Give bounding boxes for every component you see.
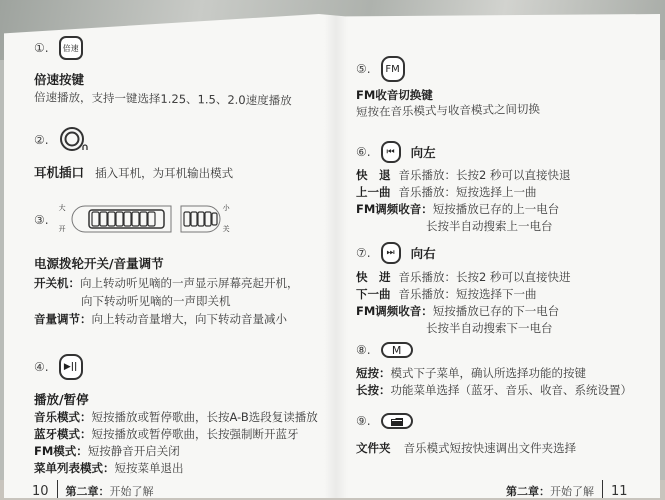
power-wheel-title: 电源拨轮开关/音量调节 <box>34 254 164 272</box>
m-short-press-row: 短按：模式下子菜单，确认所选择功能的按键 <box>356 365 586 381</box>
power-onoff-row: 开关机：向上转动听见嘀的一声显示屏幕亮起开机， <box>34 275 299 291</box>
item-number: ①. <box>34 41 49 55</box>
m-short-press-label: 短按： <box>356 366 391 380</box>
folder-button-icon <box>381 413 413 429</box>
item-7-header: ⑦. ⏭ 向右 <box>356 242 436 264</box>
m-long-press-text: 功能菜单选择（蓝牙、音乐、收音、系统设置） <box>391 383 633 397</box>
fm-mode-row: FM模式：短按静音开启关闭 <box>34 443 180 459</box>
next-track-label: 下一曲 <box>356 287 391 301</box>
fm-previous-row: FM调频收音：短按播放已存的上一电台 <box>356 201 559 217</box>
fm-mode-label: FM模式： <box>34 444 88 458</box>
left-page: ①. 倍速 倍速按键 倍速播放，支持一键选择1.25、1.5、2.0速度播放 ②… <box>4 14 334 498</box>
speed-button-icon: 倍速 <box>59 36 83 60</box>
menu-list-mode-label: 菜单列表模式： <box>34 461 115 475</box>
fm-switch-desc: 短按在音乐模式与收音模式之间切换 <box>356 101 540 120</box>
chapter-title: 开始了解 <box>550 483 594 499</box>
footer-divider <box>57 480 58 500</box>
item-number: ②. <box>34 133 49 147</box>
fm-next-long-text: 长按半自动搜索下一电台 <box>426 321 553 335</box>
next-button-icon: ⏭ <box>381 242 401 264</box>
play-pause-button-icon: ▶|| <box>59 354 83 380</box>
item-number: ⑨. <box>356 414 371 428</box>
previous-track-text: 音乐播放：短按选择上一曲 <box>399 185 537 199</box>
next-track-row: 下一曲音乐播放：短按选择下一曲 <box>356 286 537 302</box>
play-pause-glyph: ▶|| <box>64 362 78 372</box>
next-track-text: 音乐播放：短按选择下一曲 <box>399 287 537 301</box>
item-number: ⑦. <box>356 246 371 260</box>
fm-previous-label: FM调频收音： <box>356 202 433 216</box>
previous-glyph: ⏮ <box>387 147 395 157</box>
left-page-footer: 10 第二章： 开始了解 <box>32 480 154 500</box>
volume-text: 向上转动音量增大，向下转动音量减小 <box>92 312 288 326</box>
wheel-label-on: 开 <box>59 224 66 234</box>
item-2-header: ②. <box>34 126 89 154</box>
item-4-header: ④. ▶|| <box>34 354 83 380</box>
rewind-label: 快 退 <box>356 168 391 182</box>
play-pause-title: 播放/暂停 <box>34 390 89 408</box>
fm-previous-long-text: 长按半自动搜索上一电台 <box>426 219 553 233</box>
next-title: 向右 <box>411 244 436 262</box>
item-number: ⑥. <box>356 145 371 159</box>
m-long-press-row: 长按：功能菜单选择（蓝牙、音乐、收音、系统设置） <box>356 382 632 398</box>
item-6-header: ⑥. ⏮ 向左 <box>356 141 436 163</box>
page-number: 11 <box>611 484 628 499</box>
previous-track-row: 上一曲音乐播放：短按选择上一曲 <box>356 184 537 200</box>
headphone-jack-row: 耳机插口 插入耳机，为耳机输出模式 <box>34 162 233 181</box>
power-volume-wheel-icon: 大 开 <box>59 204 229 236</box>
folder-title: 文件夹 <box>356 441 391 455</box>
item-1-header: ①. 倍速 <box>34 36 83 60</box>
fm-next-long-row: 长按半自动搜索下一电台 <box>426 320 553 336</box>
bluetooth-mode-text: 短按播放或暂停歌曲，长按强制断开蓝牙 <box>92 427 299 441</box>
power-onoff-text: 向上转动听见嘀的一声显示屏幕亮起开机， <box>80 276 299 290</box>
folder-row: 文件夹 音乐模式短按快速调出文件夹选择 <box>356 437 576 456</box>
item-9-header: ⑨. <box>356 413 413 429</box>
item-number: ④. <box>34 360 49 374</box>
music-mode-row: 音乐模式：短按播放或暂停歌曲，长按A-B选段复读播放 <box>34 409 318 425</box>
chapter-label: 第二章： <box>506 483 550 499</box>
speed-button-desc: 倍速播放，支持一键选择1.25、1.5、2.0速度播放 <box>34 89 292 109</box>
wheel-label-big: 大 <box>59 203 66 213</box>
headphone-jack-title: 耳机插口 <box>34 165 84 180</box>
item-3-header: ③. 大 开 <box>34 204 229 236</box>
fast-forward-row: 快 进音乐播放：长按2 秒可以直接快进 <box>356 269 570 285</box>
chapter-title: 开始了解 <box>110 483 154 499</box>
fm-previous-long-row: 长按半自动搜索上一电台 <box>426 218 553 234</box>
item-number: ⑧. <box>356 343 371 357</box>
fast-forward-text: 音乐播放：长按2 秒可以直接快进 <box>399 270 571 284</box>
manual-spread: ①. 倍速 倍速按键 倍速播放，支持一键选择1.25、1.5、2.0速度播放 ②… <box>4 14 660 498</box>
right-page-footer: 第二章： 开始了解 11 <box>506 480 628 500</box>
headphone-jack-desc: 插入耳机，为耳机输出模式 <box>95 166 233 180</box>
previous-track-label: 上一曲 <box>356 185 391 199</box>
music-mode-text: 短按播放或暂停歌曲，长按A-B选段复读播放 <box>92 410 318 424</box>
power-onoff-label: 开关机： <box>34 276 80 290</box>
item-5-header: ⑤. FM <box>356 56 405 82</box>
next-glyph: ⏭ <box>387 248 395 258</box>
headphone-jack-icon <box>59 126 89 154</box>
power-off-text: 向下转动听见嘀的一声即关机 <box>81 294 231 308</box>
bluetooth-mode-label: 蓝牙模式： <box>34 427 92 441</box>
previous-title: 向左 <box>411 143 436 161</box>
wheel-label-small: 小 <box>223 203 230 213</box>
music-mode-label: 音乐模式： <box>34 410 92 424</box>
bluetooth-mode-row: 蓝牙模式：短按播放或暂停歌曲，长按强制断开蓝牙 <box>34 426 299 442</box>
footer-divider <box>602 480 603 500</box>
item-8-header: ⑧. M <box>356 342 413 358</box>
wheel-label-off: 关 <box>223 224 230 234</box>
rewind-text: 音乐播放：长按2 秒可以直接快退 <box>399 168 571 182</box>
fm-next-row: FM调频收音：短按播放已存的下一电台 <box>356 303 559 319</box>
fm-previous-text: 短按播放已存的上一电台 <box>433 202 560 216</box>
chapter-label: 第二章： <box>66 483 110 499</box>
fm-next-text: 短按播放已存的下一电台 <box>433 304 560 318</box>
item-number: ③. <box>34 213 49 227</box>
fast-forward-label: 快 进 <box>356 270 391 284</box>
speed-button-label: 倍速 <box>63 43 79 54</box>
folder-desc: 音乐模式短按快速调出文件夹选择 <box>404 441 577 455</box>
volume-row: 音量调节：向上转动音量增大，向下转动音量减小 <box>34 311 287 327</box>
right-page: ⑤. FM FM收音切换键 短按在音乐模式与收音模式之间切换 ⑥. ⏮ 向左 快… <box>334 14 660 498</box>
menu-list-mode-text: 短按菜单退出 <box>115 461 184 475</box>
fm-button-label: FM <box>385 64 399 75</box>
menu-m-label: M <box>392 344 402 357</box>
m-short-press-text: 模式下子菜单，确认所选择功能的按键 <box>391 366 587 380</box>
speed-button-title: 倍速按键 <box>34 70 84 88</box>
rewind-row: 快 退音乐播放：长按2 秒可以直接快退 <box>356 167 570 183</box>
power-off-row: 向下转动听见嘀的一声即关机 <box>81 293 231 309</box>
m-long-press-label: 长按： <box>356 383 391 397</box>
previous-button-icon: ⏮ <box>381 141 401 163</box>
fm-mode-text: 短按静音开启关闭 <box>88 444 180 458</box>
volume-label: 音量调节： <box>34 312 92 326</box>
fm-next-label: FM调频收音： <box>356 304 433 318</box>
menu-m-button-icon: M <box>381 342 413 358</box>
item-number: ⑤. <box>356 62 371 76</box>
fm-button-icon: FM <box>381 56 405 82</box>
page-number: 10 <box>32 484 49 499</box>
menu-list-mode-row: 菜单列表模式：短按菜单退出 <box>34 460 184 476</box>
fm-switch-title: FM收音切换键 <box>356 87 433 103</box>
